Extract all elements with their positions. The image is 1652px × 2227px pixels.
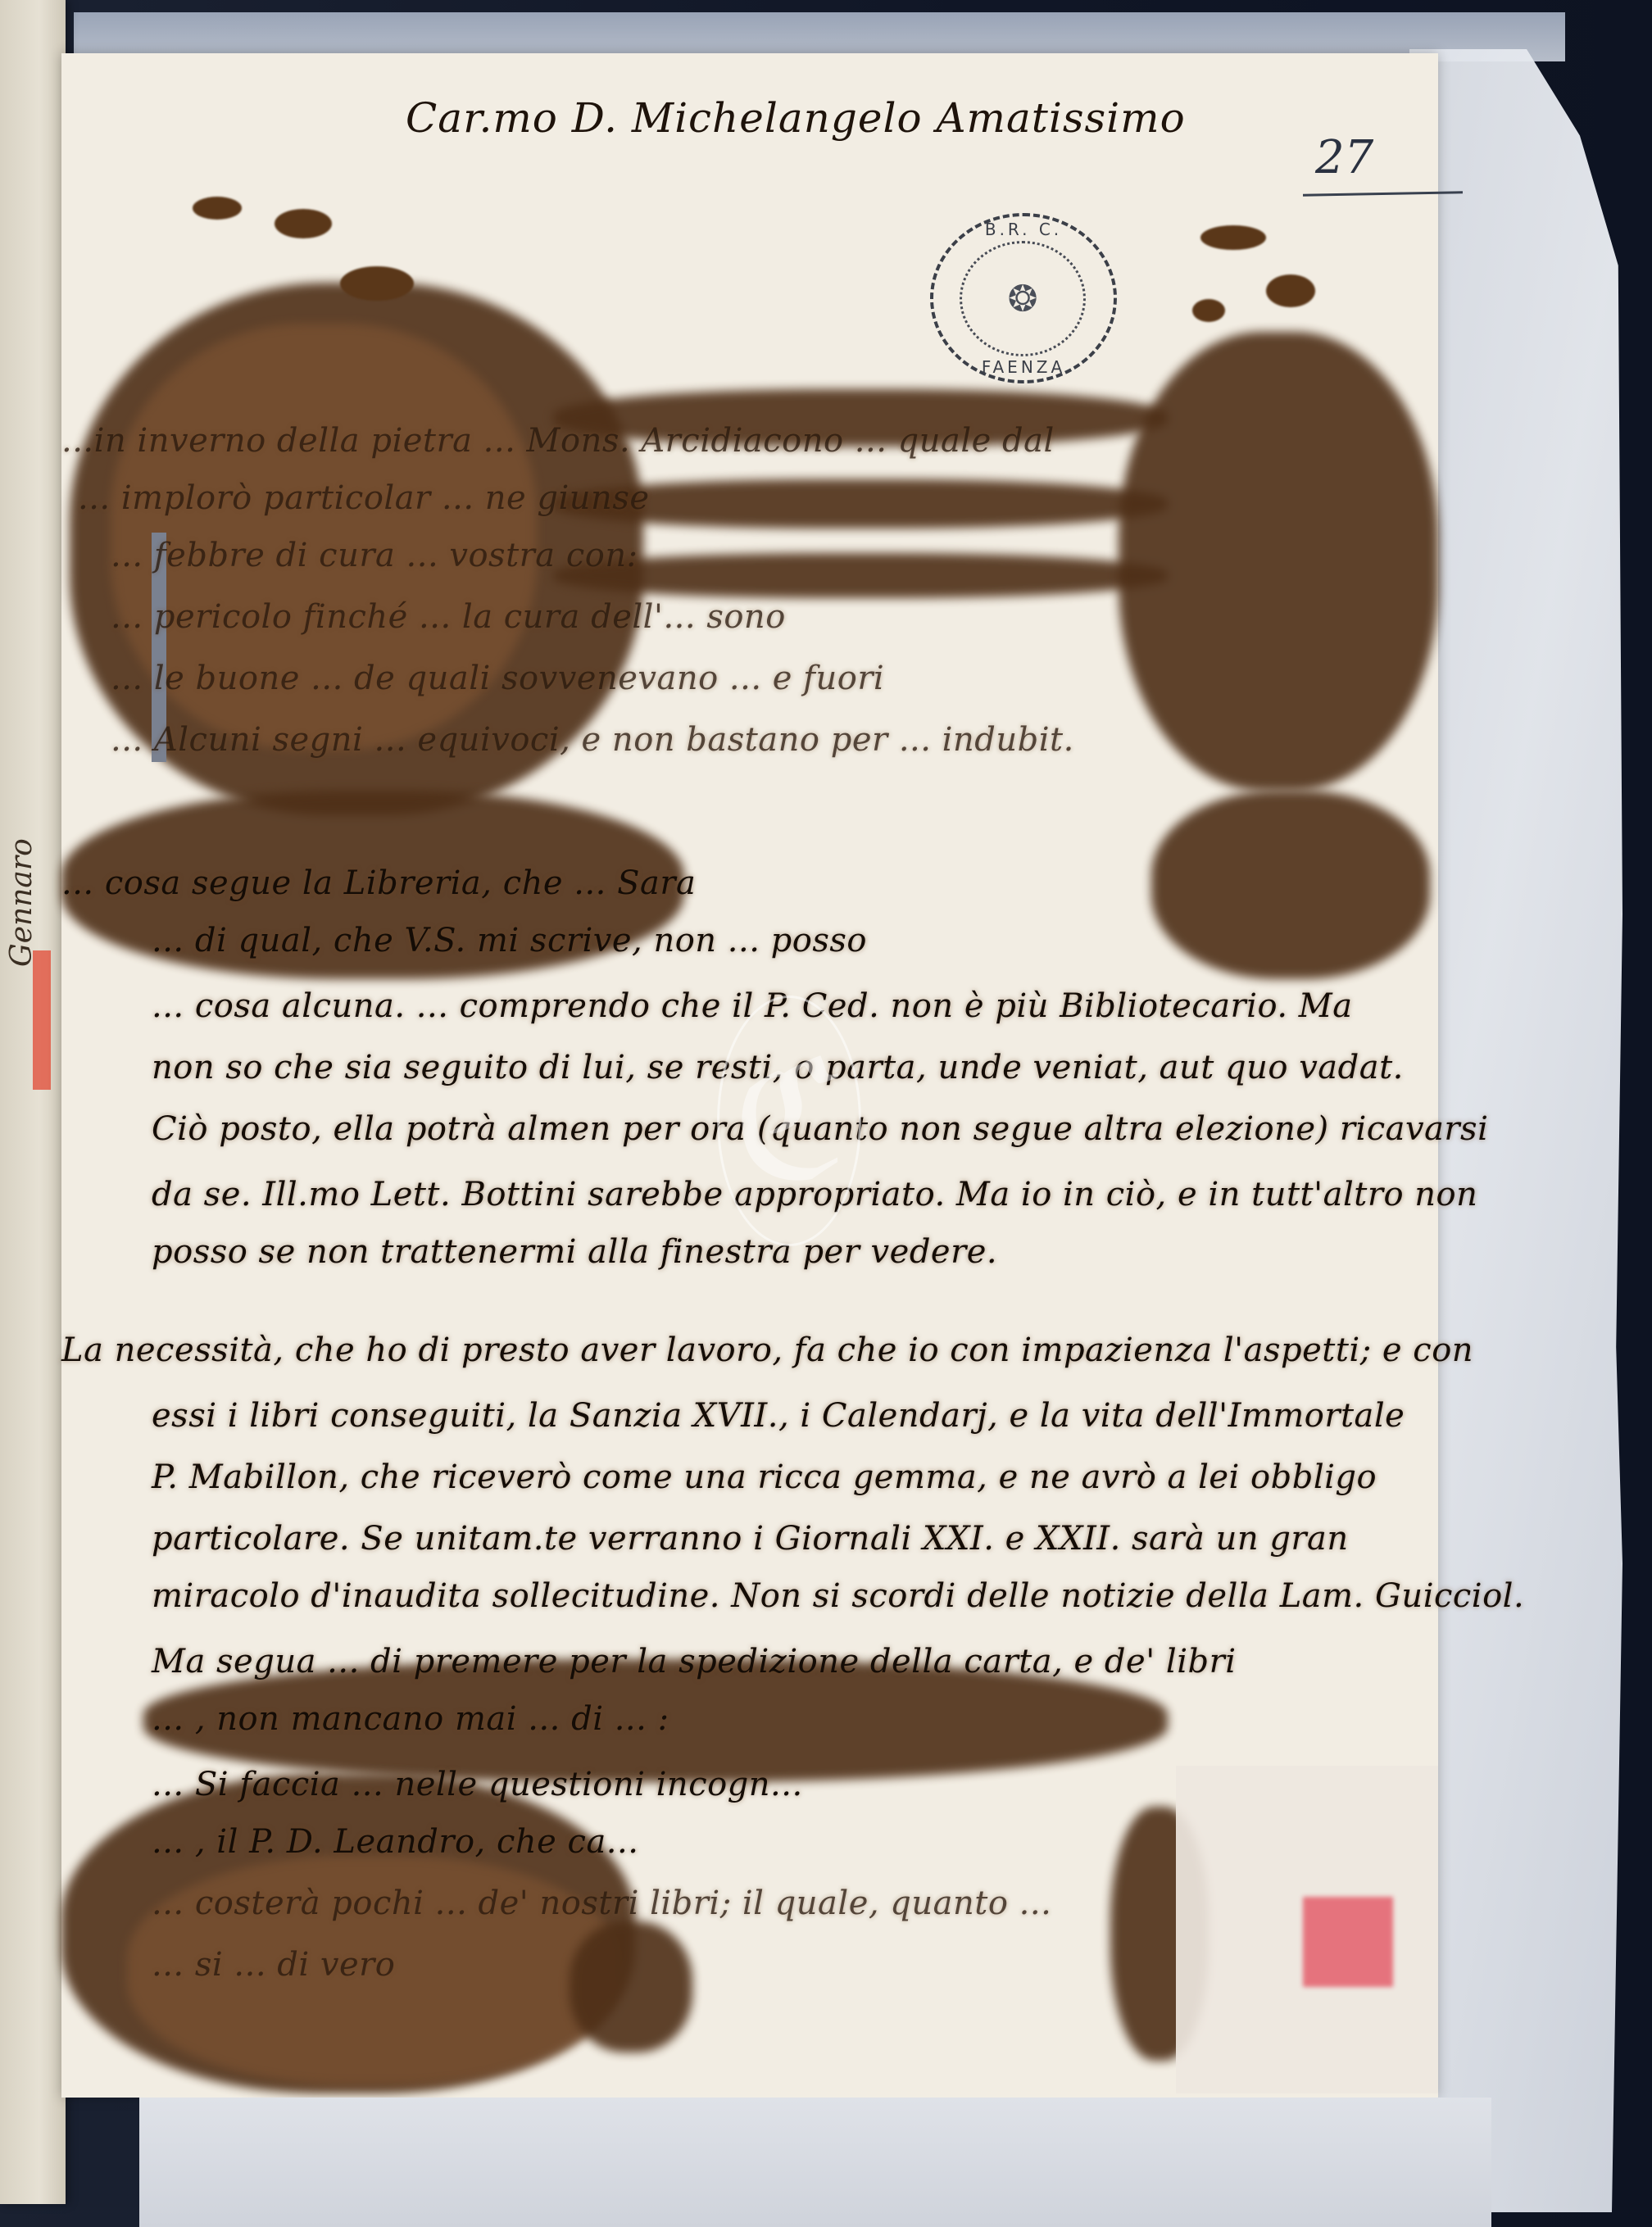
text-line: ... Alcuni segni ... equivoci, e non bas… bbox=[111, 721, 1074, 759]
text-line: particolare. Se unitam.te verranno i Gio… bbox=[152, 1520, 1349, 1558]
tissue-paper-bottom bbox=[139, 2098, 1491, 2227]
folio-number: 27 bbox=[1315, 131, 1373, 184]
text-line: ... di qual, che V.S. mi scrive, non ...… bbox=[152, 922, 867, 959]
ink-speck bbox=[1266, 274, 1315, 307]
text-line: La necessità, che ho di presto aver lavo… bbox=[61, 1331, 1473, 1369]
ink-stain bbox=[1151, 791, 1430, 979]
watermark-monogram: ℭ bbox=[732, 1026, 847, 1217]
ink-speck bbox=[340, 266, 414, 301]
stamp-inner-ring: ❂ bbox=[960, 241, 1086, 356]
facing-page-edge: Gennaro bbox=[0, 0, 66, 2204]
text-line: ... cosa segue la Libreria, che ... Sara bbox=[61, 864, 696, 902]
ink-speck bbox=[275, 209, 332, 238]
ink-stain bbox=[553, 553, 1168, 598]
text-line: ... , non mancano mai ... di ... : bbox=[152, 1700, 669, 1738]
text-line: posso se non trattenermi alla finestra p… bbox=[152, 1233, 997, 1271]
stamp-top-text: B.R. C. bbox=[933, 220, 1114, 239]
text-line: ... implorò particolar ... ne giunse bbox=[78, 479, 650, 517]
red-ink-mark bbox=[1303, 1897, 1393, 1987]
text-line: Ma segua ... di premere per la spedizion… bbox=[152, 1643, 1237, 1680]
text-line: ... le buone ... de quali sovvenevano ..… bbox=[111, 660, 884, 697]
text-line: essi i libri conseguiti, la Sanzia XVII.… bbox=[152, 1397, 1405, 1435]
text-line: ... si ... di vero bbox=[152, 1946, 395, 1984]
ink-stain bbox=[1119, 332, 1438, 791]
letter-salutation: Car.mo D. Michelangelo Amatissimo bbox=[406, 94, 1186, 142]
stamp-bottom-text: FAENZA bbox=[933, 357, 1114, 377]
red-tab-marker bbox=[33, 950, 51, 1090]
manuscript-page: Car.mo D. Michelangelo Amatissimo 27 B.R… bbox=[61, 53, 1438, 2098]
text-line: ... Si faccia ... nelle questioni incogn… bbox=[152, 1766, 803, 1803]
stamp-emblem-icon: ❂ bbox=[1008, 278, 1038, 320]
ink-stain bbox=[570, 1921, 692, 2052]
text-line: ...in inverno della pietra ... Mons. Arc… bbox=[61, 422, 1055, 460]
watermark-circle: ℭ bbox=[717, 996, 861, 1246]
text-line: ... costerà pochi ... de' nostri libri; … bbox=[152, 1885, 1051, 1922]
ink-speck bbox=[193, 197, 242, 220]
text-line: P. Mabillon, che riceverò come una ricca… bbox=[152, 1458, 1377, 1496]
text-line: miracolo d'inaudita sollecitudine. Non s… bbox=[152, 1577, 1524, 1615]
ink-speck bbox=[1200, 225, 1266, 250]
library-stamp: B.R. C. ❂ FAENZA bbox=[930, 213, 1117, 383]
text-line: ... , il P. D. Leandro, che ca... bbox=[152, 1823, 638, 1861]
text-line: ... febbre di cura ... vostra con: bbox=[111, 537, 638, 574]
ink-speck bbox=[1192, 299, 1225, 322]
margin-handwriting: Gennaro bbox=[5, 623, 29, 967]
text-line: ... pericolo finché ... la cura dell'...… bbox=[111, 598, 786, 636]
